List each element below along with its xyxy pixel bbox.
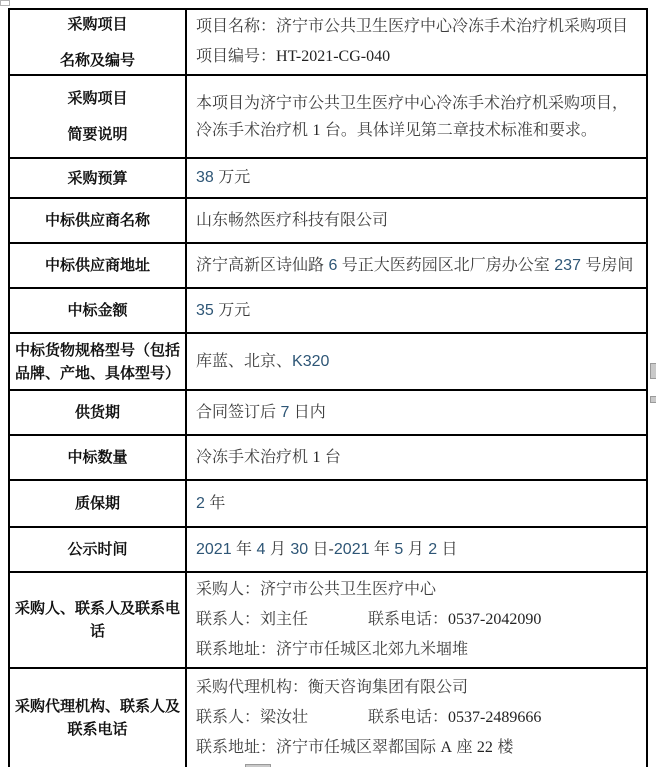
cjk-text-run: 库蓝、北京、 [196, 353, 292, 370]
cjk-text-run: 联系人：刘主任 [196, 611, 308, 628]
row-value-line: 项目名称：济宁市公共卫生医疗中心冷冻手术治疗机采购项目 [196, 12, 638, 42]
row-label-line: 采购项目 [15, 13, 180, 36]
row-label-line: 采购项目 [15, 87, 180, 110]
cjk-text-run: 万元 [214, 169, 250, 186]
ascii-text-run: 38 [196, 169, 214, 186]
row-value-line: 冷冻手术治疗机 1 台 [196, 443, 638, 473]
row-value-line: 采购人：济宁市公共卫生医疗中心 [196, 575, 638, 605]
cjk-text-run: 冷冻手术治疗机 [196, 449, 312, 466]
table-row-winning-quantity: 中标数量冷冻手术治疗机 1 台 [9, 435, 647, 480]
row-value-line: 项目编号：HT-2021-CG-040 [196, 42, 638, 72]
cjk-text-run: 台。具体详见第二章技术标准和要求。 [320, 122, 596, 139]
row-label-publicity-time: 公示时间 [9, 527, 186, 572]
row-label-line: 质保期 [15, 492, 180, 515]
row-value-line: 合同签订后 7 日内 [196, 398, 638, 428]
row-value-agency-contact: 采购代理机构：衡天咨询集团有限公司联系人：梁汝壮联系电话：0537-248966… [186, 668, 647, 767]
row-label-winning-amount: 中标金额 [9, 288, 186, 333]
row-value-line: 38 万元 [196, 163, 638, 193]
cjk-text-run: 采购代理机构：衡天咨询集团有限公司 [196, 679, 468, 696]
ascii-text-run: 35 [196, 302, 214, 319]
row-value-publicity-time: 2021 年 4 月 30 日-2021 年 5 月 2 日 [186, 527, 647, 572]
cjk-text-run: 采购人：济宁市公共卫生医疗中心 [196, 581, 436, 598]
ascii-text-run: 2021 [334, 541, 370, 558]
cjk-text-run: 日内 [289, 404, 325, 421]
row-label-line: 中标供应商名称 [15, 209, 180, 232]
row-label-line: 名称及编号 [15, 49, 180, 72]
table-row-delivery-period: 供货期合同签订后 7 日内 [9, 390, 647, 435]
cjk-text-run: 联系地址：济宁市任城区北郊九米堌堆 [196, 641, 468, 658]
row-label-purchaser-contact: 采购人、联系人及联系电话 [9, 572, 186, 668]
row-label-budget: 采购预算 [9, 158, 186, 198]
row-value-line: 山东畅然医疗科技有限公司 [196, 206, 638, 236]
row-value-purchaser-contact: 采购人：济宁市公共卫生医疗中心联系人：刘主任联系电话：0537-2042090联… [186, 572, 647, 668]
row-value-line: 2021 年 4 月 30 日-2021 年 5 月 2 日 [196, 535, 638, 565]
cjk-text-run: 项目名称：济宁市公共卫生医疗中心冷冻手术治疗机采购项目 [196, 18, 628, 35]
cjk-text-run: 山东畅然医疗科技有限公司 [196, 212, 388, 229]
cjk-text-run: 日- [308, 541, 334, 558]
row-value-winning-quantity: 冷冻手术治疗机 1 台 [186, 435, 647, 480]
row-label-line: 中标数量 [15, 446, 180, 469]
ascii-text-run: 2021 [196, 541, 232, 558]
row-label-winning-supplier-address: 中标供应商地址 [9, 243, 186, 288]
ascii-text-run: K320 [292, 353, 329, 370]
table-resize-mark-right-1 [650, 363, 656, 379]
table-row-purchaser-contact: 采购人、联系人及联系电话采购人：济宁市公共卫生医疗中心联系人：刘主任联系电话：0… [9, 572, 647, 668]
cjk-text-run: 号房间 [581, 257, 633, 274]
cjk-text-run: 日 [437, 541, 457, 558]
row-label-delivery-period: 供货期 [9, 390, 186, 435]
cjk-text-run: 联系人：梁汝壮 [196, 709, 308, 726]
table-row-winning-supplier-address: 中标供应商地址济宁高新区诗仙路 6 号正大医药园区北厂房办公室 237 号房间 [9, 243, 647, 288]
row-label-winning-quantity: 中标数量 [9, 435, 186, 480]
table-row-goods-spec-model: 中标货物规格型号（包括品牌、产地、具体型号）库蓝、北京、K320 [9, 333, 647, 390]
row-value-delivery-period: 合同签订后 7 日内 [186, 390, 647, 435]
row-value-project-name-number: 项目名称：济宁市公共卫生医疗中心冷冻手术治疗机采购项目项目编号：HT-2021-… [186, 9, 647, 75]
cjk-text-run: 号正大医药园区北厂房办公室 [337, 257, 554, 274]
row-label-line: 采购预算 [15, 167, 180, 190]
cjk-text-run: 月 [265, 541, 290, 558]
cjk-text-run: 联系电话： [368, 709, 448, 726]
row-label-line: 中标金额 [15, 299, 180, 322]
ascii-text-run: 22 [477, 739, 493, 756]
ascii-text-run: A [440, 739, 452, 756]
row-value-line: 联系人：梁汝壮联系电话：0537-2489666 [196, 703, 638, 733]
table-row-warranty-period: 质保期2 年 [9, 480, 647, 527]
row-value-project-summary: 本项目为济宁市公共卫生医疗中心冷冻手术治疗机采购项目，冷冻手术治疗机 1 台。具… [186, 75, 647, 158]
cjk-text-run: 联系电话： [368, 611, 448, 628]
table-resize-mark-right-2 [650, 396, 656, 403]
cjk-text-run: 楼 [493, 739, 513, 756]
procurement-result-table: 采购项目名称及编号项目名称：济宁市公共卫生医疗中心冷冻手术治疗机采购项目项目编号… [8, 8, 648, 767]
table-row-publicity-time: 公示时间2021 年 4 月 30 日-2021 年 5 月 2 日 [9, 527, 647, 572]
table-row-project-summary: 采购项目简要说明本项目为济宁市公共卫生医疗中心冷冻手术治疗机采购项目，冷冻手术治… [9, 75, 647, 158]
table-row-winning-supplier-name: 中标供应商名称山东畅然医疗科技有限公司 [9, 198, 647, 243]
row-label-line: 简要说明 [15, 123, 180, 146]
cjk-text-run: 万元 [214, 302, 250, 319]
ascii-text-run: 2 [196, 495, 205, 512]
cjk-text-run: 座 [452, 739, 477, 756]
table-row-agency-contact: 采购代理机构、联系人及联系电话采购代理机构：衡天咨询集团有限公司联系人：梁汝壮联… [9, 668, 647, 767]
ascii-text-run: HT-2021-CG-040 [276, 48, 390, 65]
row-label-goods-spec-model: 中标货物规格型号（包括品牌、产地、具体型号） [9, 333, 186, 390]
row-value-winning-supplier-address: 济宁高新区诗仙路 6 号正大医药园区北厂房办公室 237 号房间 [186, 243, 647, 288]
row-label-project-summary: 采购项目简要说明 [9, 75, 186, 158]
row-label-line: 中标货物规格型号（包括品牌、产地、具体型号） [15, 339, 180, 385]
cjk-text-run: 济宁高新区诗仙路 [196, 257, 328, 274]
cjk-text-run: 合同签订后 [196, 404, 280, 421]
cjk-text-run: 年 [232, 541, 257, 558]
ascii-text-run: 237 [554, 257, 581, 274]
row-value-line: 库蓝、北京、K320 [196, 347, 638, 377]
ascii-text-run: 2 [428, 541, 437, 558]
row-value-line: 联系人：刘主任联系电话：0537-2042090 [196, 605, 638, 635]
row-label-line: 供货期 [15, 401, 180, 424]
cjk-text-run: 项目编号： [196, 48, 276, 65]
row-value-line: 2 年 [196, 489, 638, 519]
table-row-budget: 采购预算38 万元 [9, 158, 647, 198]
cjk-text-run: 联系地址：济宁市任城区翠都国际 [196, 739, 440, 756]
table-row-winning-amount: 中标金额35 万元 [9, 288, 647, 333]
row-value-line: 联系地址：济宁市任城区翠都国际 A 座 22 楼 [196, 733, 638, 763]
table-handle-top-left [0, 0, 10, 6]
row-value-winning-supplier-name: 山东畅然医疗科技有限公司 [186, 198, 647, 243]
row-label-line: 采购代理机构、联系人及联系电话 [15, 695, 180, 741]
row-value-warranty-period: 2 年 [186, 480, 647, 527]
row-label-winning-supplier-name: 中标供应商名称 [9, 198, 186, 243]
cjk-text-run: 年 [205, 495, 225, 512]
row-value-line: 35 万元 [196, 296, 638, 326]
row-label-agency-contact: 采购代理机构、联系人及联系电话 [9, 668, 186, 767]
row-value-line: 济宁高新区诗仙路 6 号正大医药园区北厂房办公室 237 号房间 [196, 251, 638, 281]
ascii-text-run: 5 [394, 541, 403, 558]
table-row-project-name-number: 采购项目名称及编号项目名称：济宁市公共卫生医疗中心冷冻手术治疗机采购项目项目编号… [9, 9, 647, 75]
ascii-text-run: 0537-2489666 [448, 709, 541, 726]
row-value-line: 联系地址：济宁市任城区北郊九米堌堆 [196, 635, 638, 665]
row-value-line: 采购代理机构：衡天咨询集团有限公司 [196, 673, 638, 703]
cjk-text-run: 月 [403, 541, 428, 558]
row-label-warranty-period: 质保期 [9, 480, 186, 527]
row-label-line: 采购人、联系人及联系电话 [15, 597, 180, 643]
row-value-budget: 38 万元 [186, 158, 647, 198]
ascii-text-run: 30 [290, 541, 308, 558]
ascii-text-run: 0537-2042090 [448, 611, 541, 628]
row-label-project-name-number: 采购项目名称及编号 [9, 9, 186, 75]
cjk-text-run: 年 [369, 541, 394, 558]
row-value-winning-amount: 35 万元 [186, 288, 647, 333]
row-label-line: 公示时间 [15, 538, 180, 561]
row-value-goods-spec-model: 库蓝、北京、K320 [186, 333, 647, 390]
cjk-text-run: 台 [320, 449, 340, 466]
row-label-line: 中标供应商地址 [15, 254, 180, 277]
row-value-line: 本项目为济宁市公共卫生医疗中心冷冻手术治疗机采购项目，冷冻手术治疗机 1 台。具… [196, 90, 638, 144]
